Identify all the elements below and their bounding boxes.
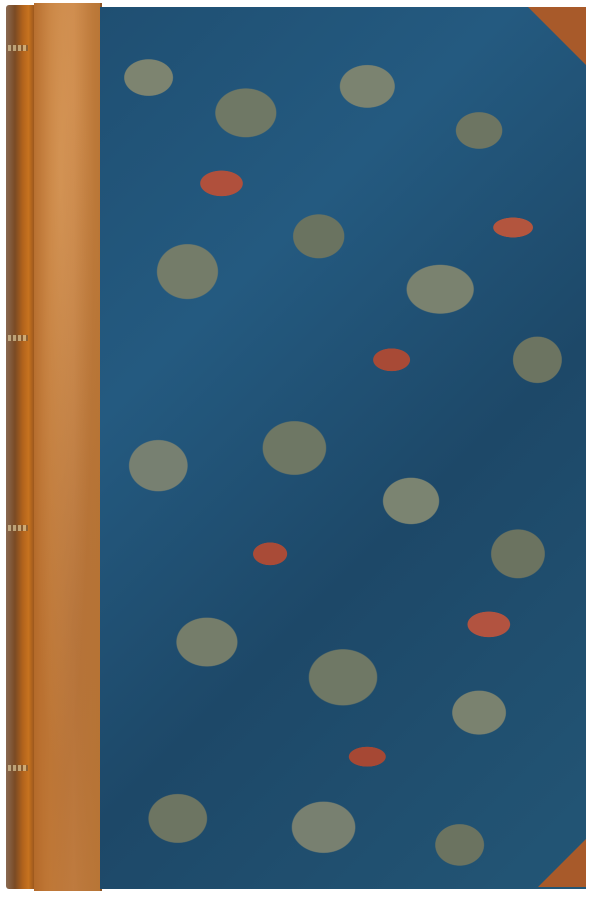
leather-corner-bottom-right xyxy=(538,839,586,887)
spine-band xyxy=(8,45,28,51)
marbled-cover-board xyxy=(100,7,586,889)
leather-spine xyxy=(34,3,102,891)
spine-band xyxy=(8,335,28,341)
spine-band xyxy=(8,765,28,771)
book-spine-edge xyxy=(6,5,36,889)
book xyxy=(6,3,588,893)
leather-corner-top-right xyxy=(528,7,586,65)
spine-band xyxy=(8,525,28,531)
